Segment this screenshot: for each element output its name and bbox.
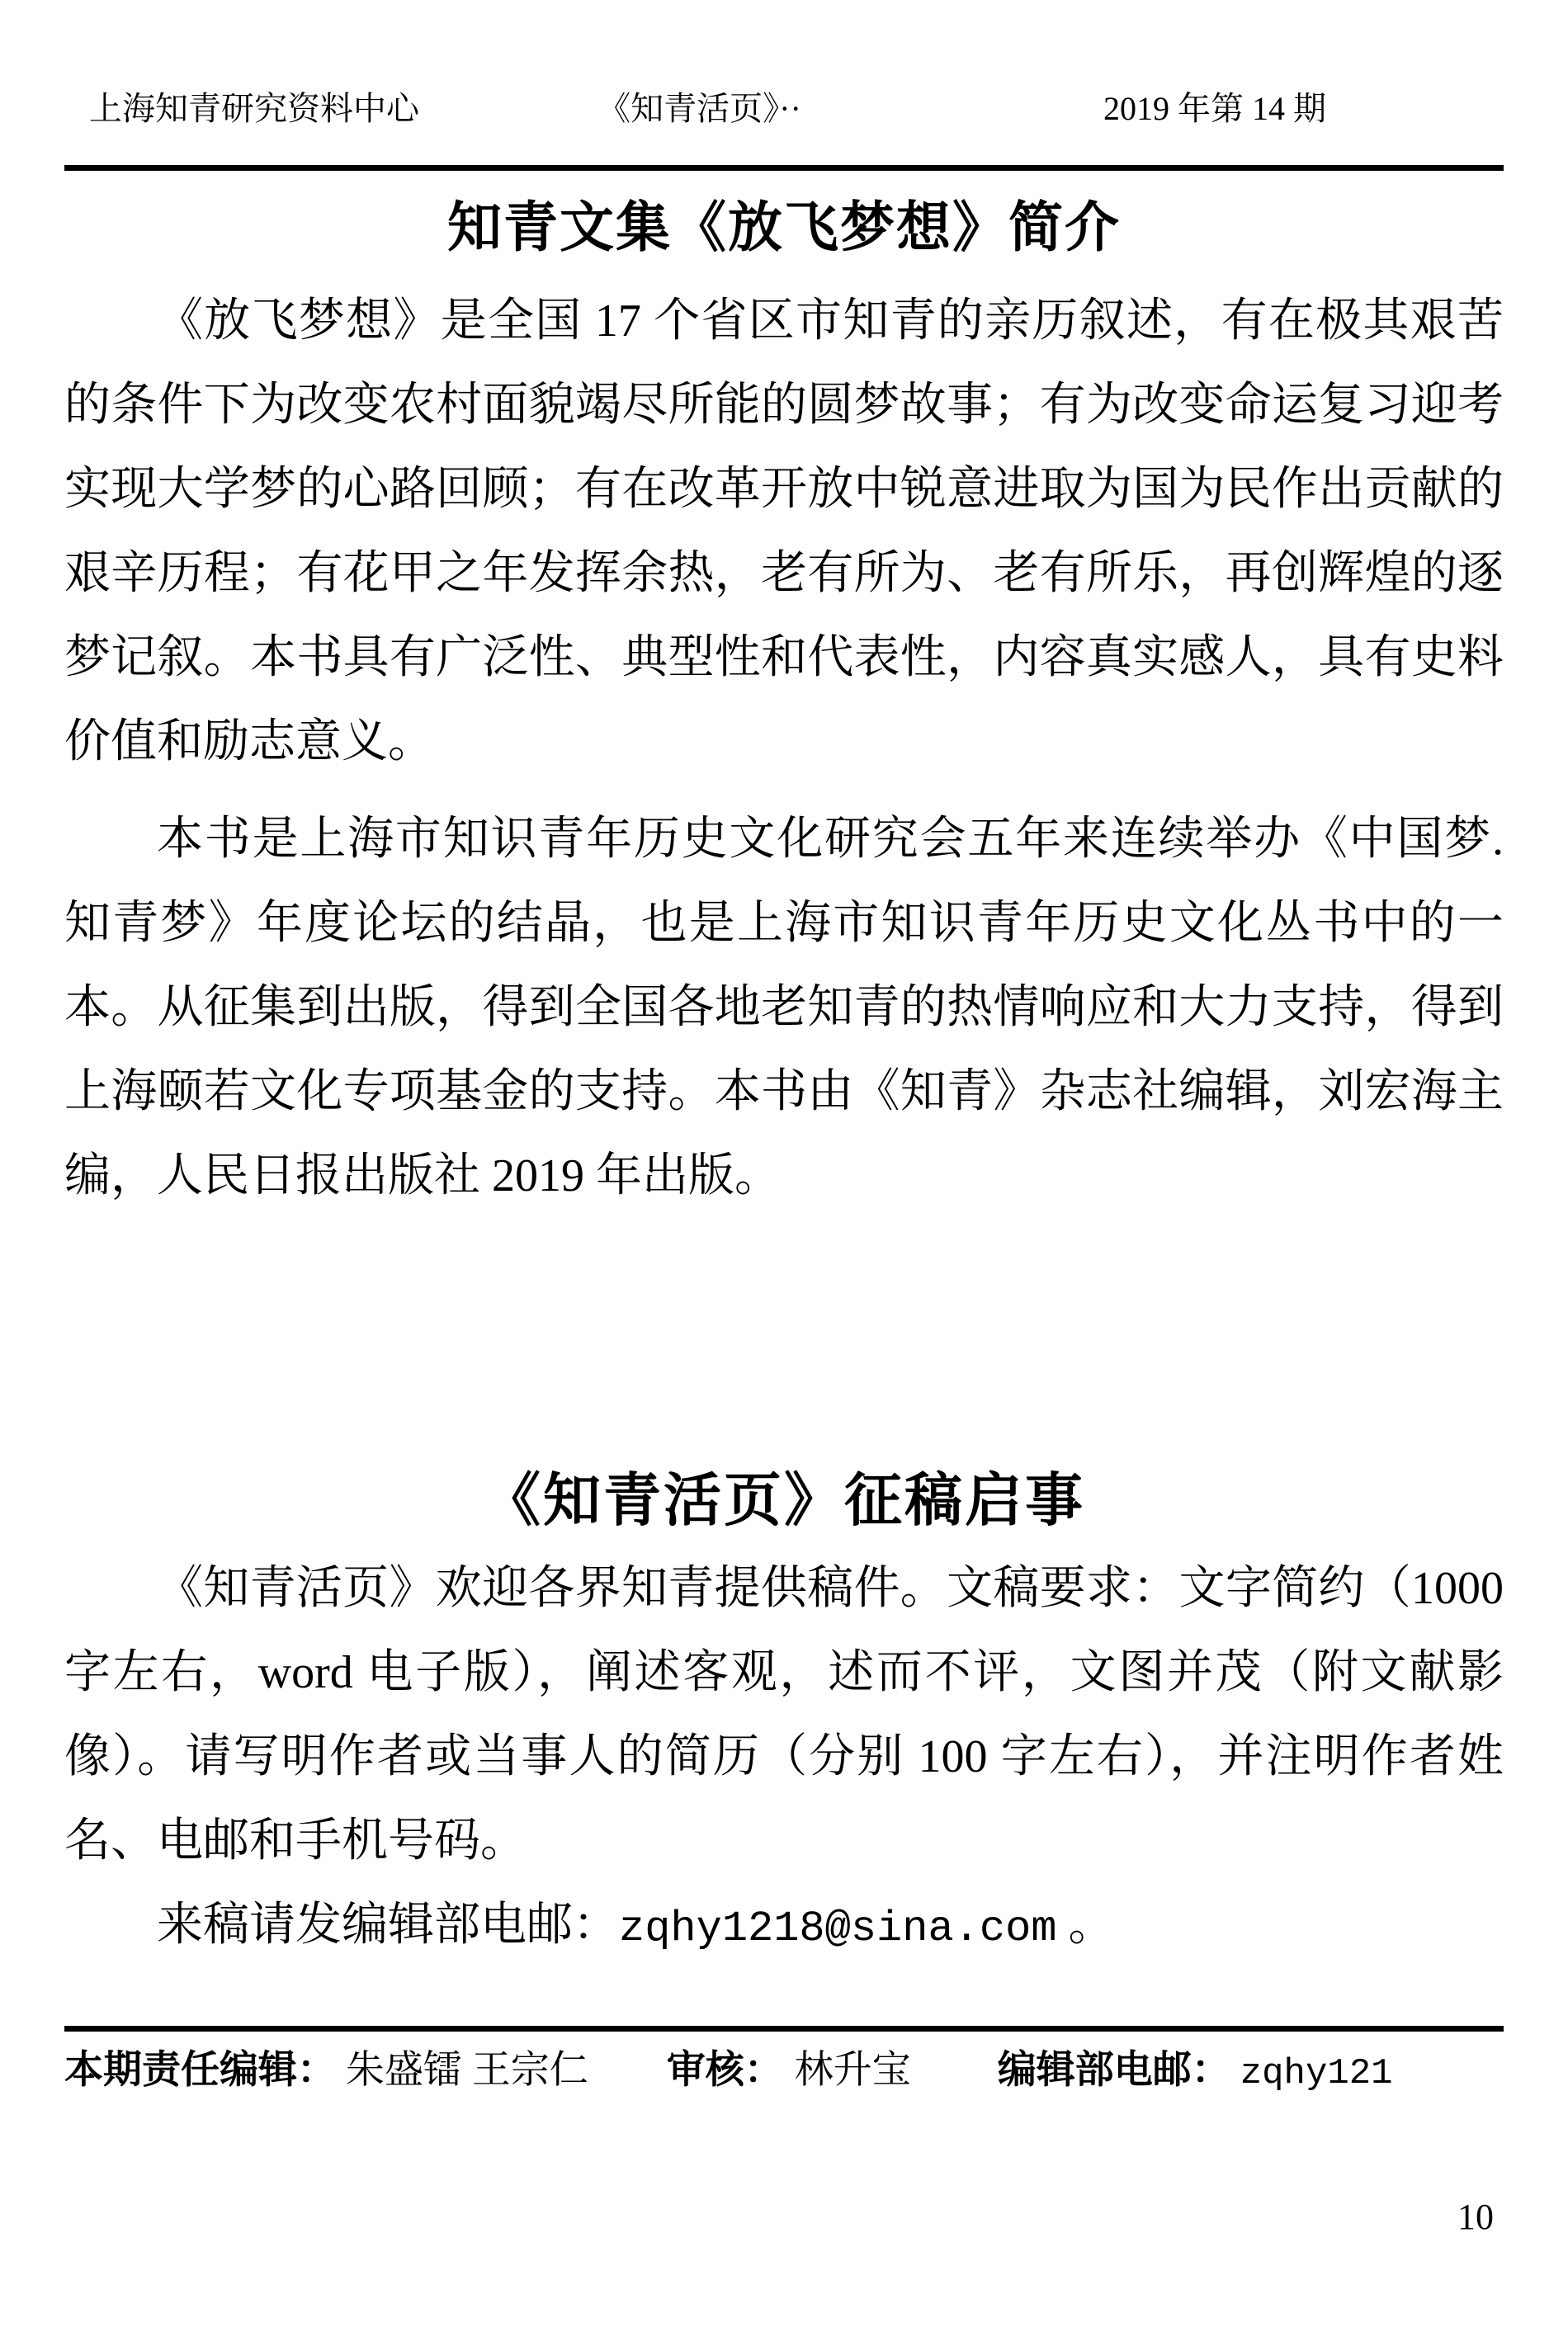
footer-review-label: 审核：: [667, 2043, 783, 2096]
footer-email-address: zqhy121: [1240, 2047, 1393, 2100]
header-issue-number: 2019 年第 14 期: [1103, 86, 1326, 132]
submission-email-address: zqhy1218@sina.com: [619, 1905, 1057, 1953]
article1-paragraph-2: 本书是上海市知识青年历史文化研究会五年来连续举办《中国梦.知青梦》年度论坛的结晶…: [64, 797, 1504, 1218]
article1-paragraph-1: 《放飞梦想》是全国 17 个省区市知青的亲历叙述，有在极其艰苦的条件下为改变农村…: [64, 279, 1504, 784]
contact-line-suffix: 。: [1057, 1900, 1115, 1951]
page-number: 10: [1457, 2196, 1494, 2238]
article2-contact-line: 来稿请发编辑部电邮：zqhy1218@sina.com 。: [64, 1883, 1504, 1971]
header-publication-name: 《知青活页》··: [597, 86, 801, 132]
document-page: 上海知青研究资料中心 《知青活页》·· 2019 年第 14 期 知青文集《放飞…: [0, 0, 1568, 2327]
footer-reviewer-name: 林升宝: [795, 2044, 911, 2097]
article2-paragraph-1: 《知青活页》欢迎各界知青提供稿件。文稿要求：文字简约（1000 字左右，word…: [64, 1546, 1504, 1883]
footer-rule: [64, 2026, 1504, 2032]
header-org-name: 上海知青研究资料中心: [89, 86, 419, 132]
article2-title: 《知青活页》征稿启事: [64, 1461, 1504, 1540]
footer-editor-label: 本期责任编辑：: [64, 2043, 336, 2096]
page-header: 上海知青研究资料中心 《知青活页》·· 2019 年第 14 期: [64, 0, 1504, 132]
contact-line-prefix: 来稿请发编辑部电邮：: [157, 1900, 619, 1951]
header-rule: [64, 165, 1504, 171]
article1-title: 知青文集《放飞梦想》简介: [64, 191, 1504, 266]
page-footer: 本期责任编辑： 朱盛镭 王宗仁 审核： 林升宝 编辑部电邮： zqhy121: [64, 2043, 1504, 2100]
footer-email-label: 编辑部电邮：: [998, 2043, 1230, 2096]
footer-editor-names: 朱盛镭 王宗仁: [346, 2044, 588, 2097]
